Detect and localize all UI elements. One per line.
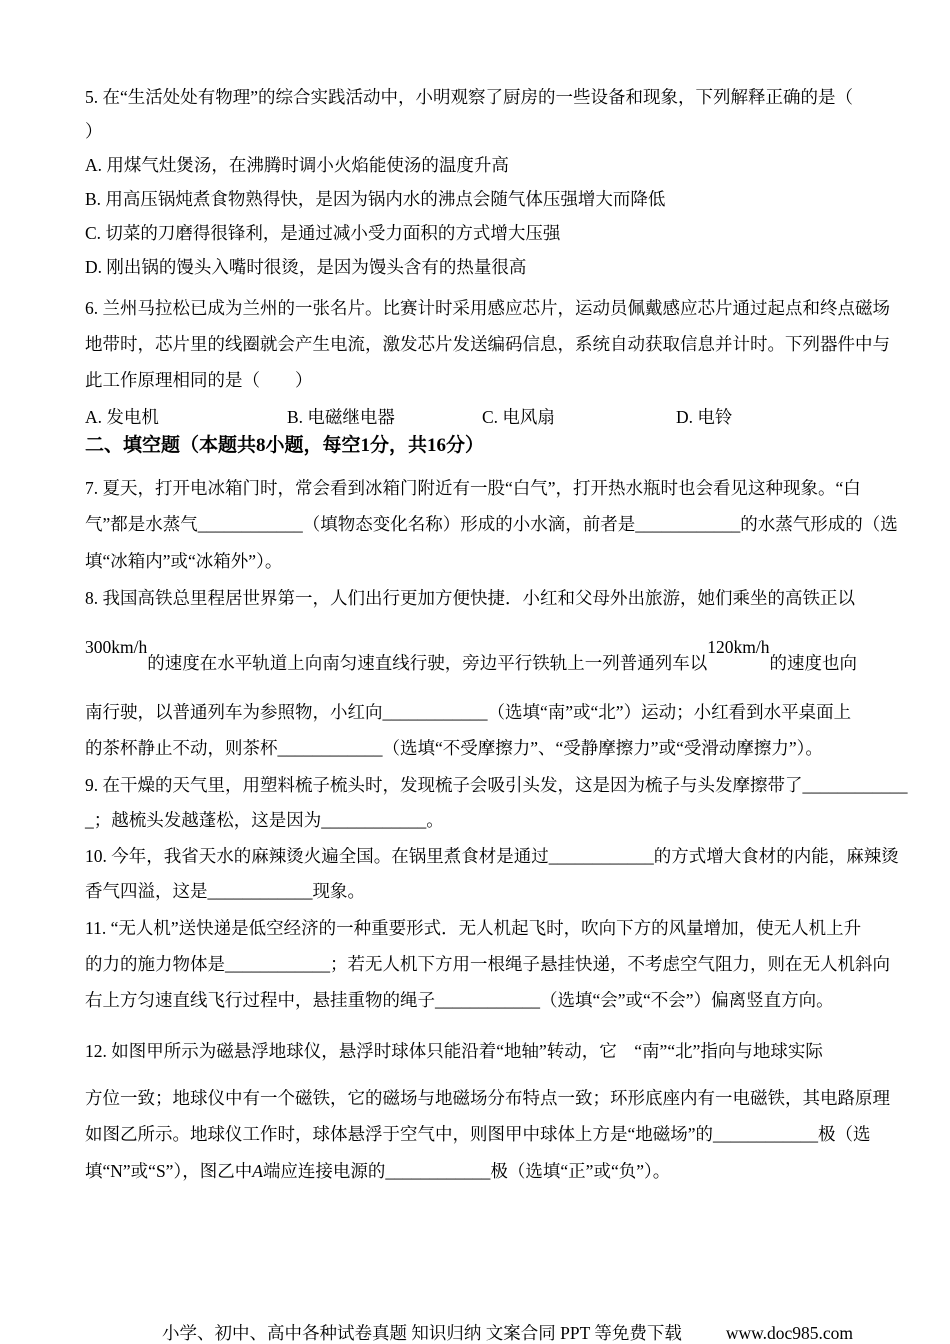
q8-line-4: 的茶杯静止不动，则茶杯____________（选填“不受摩擦力”、“受静摩擦力… xyxy=(85,737,823,759)
q8-line-2-tail: 的速度也向 xyxy=(769,653,857,673)
q5-line-1: 5. 在“生活处处有物理”的综合实践活动中，小明观察了厨房的一些设备和现象，下列… xyxy=(85,86,853,108)
q10-line-2: 香气四溢，这是____________现象。 xyxy=(85,880,365,902)
q12-line-1: 12. 如图甲所示为磁悬浮地球仪，悬浮时球体只能沿着“地轴”转动，它 “南”“北… xyxy=(85,1040,823,1062)
q6-option-d: D. 电铃 xyxy=(676,406,732,428)
q11-line-1: 11. “无人机”送快递是低空经济的一种重要形式．无人机起飞时，吹向下方的风量增… xyxy=(85,917,861,939)
q12-line-2: 方位一致；地球仪中有一个磁铁，它的磁场与地磁场分布特点一致；环形底座内有一电磁铁… xyxy=(85,1087,890,1109)
q7-line-3: 填“冰箱内”或“冰箱外”）。 xyxy=(85,550,282,572)
q12-line-4-pre: 填“N”或“S”），图乙中 xyxy=(85,1161,252,1181)
q8-line-3: 南行驶，以普通列车为参照物，小红向____________（选填“南”或“北”）… xyxy=(85,701,851,723)
q5-option-a: A. 用煤气灶煲汤，在沸腾时调小火焰能使汤的温度升高 xyxy=(85,154,509,176)
q5-line-2: ） xyxy=(85,120,103,142)
q6-option-c: C. 电风扇 xyxy=(482,406,555,428)
page-footer: 小学、初中、高中各种试卷真题 知识归纳 文案合同 PPT 等免费下载www.do… xyxy=(162,1320,853,1344)
q6-line-3: 此工作原理相同的是（ ） xyxy=(85,369,313,391)
section-2-header: 二、填空题（本题共8小题，每空1分，共16分） xyxy=(85,435,484,457)
q9-line-2: _；越梳头发越蓬松，这是因为____________。 xyxy=(85,809,444,831)
q6-line-2: 地带时，芯片里的线圈就会产生电流，激发芯片发送编码信息，系统自动获取信息并计时。… xyxy=(85,333,890,355)
q5-option-d: D. 刚出锅的馒头入嘴时很烫，是因为馒头含有的热量很高 xyxy=(85,256,526,278)
q6-options-row: A. 发电机 B. 电磁继电器 C. 电风扇 D. 电铃 xyxy=(85,406,875,428)
q6-option-b: B. 电磁继电器 xyxy=(287,406,395,428)
q8-speed-120: 120km/h xyxy=(707,636,769,658)
q7-line-1: 7. 夏天，打开电冰箱门时，常会看到冰箱门附近有一股“白气”，打开热水瓶时也会看… xyxy=(85,477,861,499)
q12-terminal-a-label: A xyxy=(252,1161,263,1181)
q12-line-4: 填“N”或“S”），图乙中A端应连接电源的____________极（选填“正”… xyxy=(85,1160,670,1182)
q8-line-2: 300km/h的速度在水平轨道上向南匀速直线行驶，旁边平行铁轨上一列普通列车以1… xyxy=(85,652,857,674)
q10-line-1: 10. 今年，我省天水的麻辣烫火遍全国。在锅里煮食材是通过___________… xyxy=(85,845,899,867)
q5-option-b: B. 用高压锅炖煮食物熟得快，是因为锅内水的沸点会随气体压强增大而降低 xyxy=(85,188,665,210)
q8-speed-300: 300km/h xyxy=(85,636,147,658)
q9-line-1: 9. 在干燥的天气里，用塑料梳子梳头时，发现梳子会吸引头发，这是因为梳子与头发摩… xyxy=(85,774,908,796)
footer-promo-text: 小学、初中、高中各种试卷真题 知识归纳 文案合同 PPT 等免费下载 xyxy=(162,1323,682,1343)
exam-page: 5. 在“生活处处有物理”的综合实践活动中，小明观察了厨房的一些设备和现象，下列… xyxy=(0,0,950,1344)
q12-line-3: 如图乙所示。地球仪工作时，球体悬浮于空气中，则图甲中球体上方是“地磁场”的___… xyxy=(85,1123,871,1145)
q5-option-c: C. 切菜的刀磨得很锋利，是通过减小受力面积的方式增大压强 xyxy=(85,222,560,244)
q7-line-2: 气”都是水蒸气____________（填物态变化名称）形成的小水滴，前者是__… xyxy=(85,513,898,535)
q11-line-3: 右上方匀速直线飞行过程中，悬挂重物的绳子____________（选填“会”或“… xyxy=(85,989,834,1011)
q6-option-a: A. 发电机 xyxy=(85,406,159,428)
footer-site-link[interactable]: www.doc985.com xyxy=(726,1323,853,1343)
q8-line-2-text: 的速度在水平轨道上向南匀速直线行驶，旁边平行铁轨上一列普通列车以 xyxy=(147,653,707,673)
q11-line-2: 的力的施力物体是____________；若无人机下方用一根绳子悬挂快递，不考虑… xyxy=(85,953,890,975)
q6-line-1: 6. 兰州马拉松已成为兰州的一张名片。比赛计时采用感应芯片，运动员佩戴感应芯片通… xyxy=(85,297,890,319)
q12-line-4-post: 端应连接电源的____________极（选填“正”或“负”）。 xyxy=(263,1161,670,1181)
q8-line-1: 8. 我国高铁总里程居世界第一，人们出行更加方便快捷．小红和父母外出旅游，她们乘… xyxy=(85,587,855,609)
